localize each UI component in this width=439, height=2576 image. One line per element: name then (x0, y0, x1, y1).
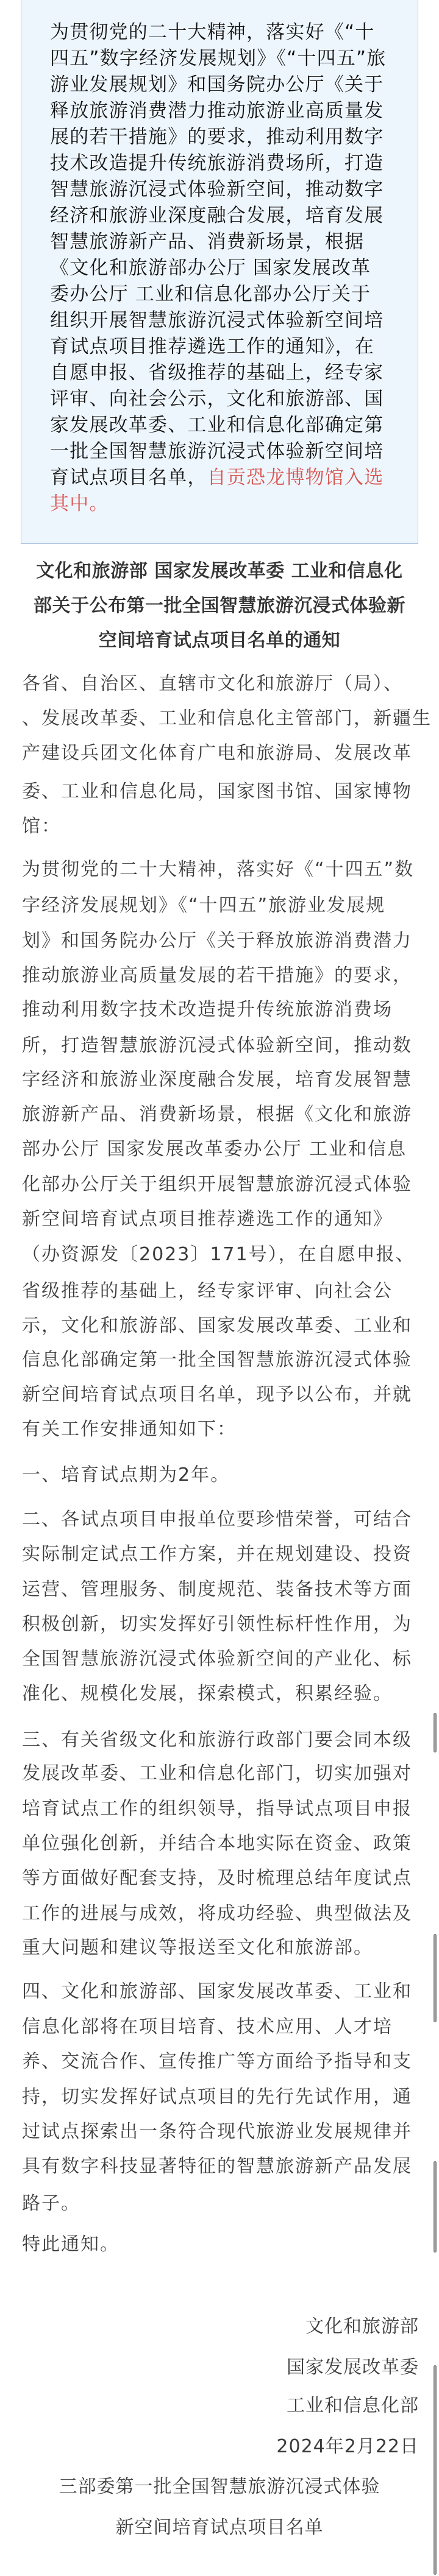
notice-title: 文化和旅游部 国家发展改革委 工业和信息化 部关于公布第一批全国智慧旅游沉浸式体… (0, 554, 439, 658)
body-text-line: 路子。 (22, 2193, 80, 2215)
callout-line: 技术改造提升传统旅游消费场所，打造 (50, 150, 386, 177)
callout-line: 组织开展智慧旅游沉浸式体验新空间培 (50, 308, 386, 334)
scrollbar-thumb[interactable] (434, 1934, 437, 2022)
body-text-line: 工作的进展与成效，将成功经验、典型做法及 (22, 1903, 412, 1925)
body-text-line: 馆： (22, 816, 61, 838)
callout-line: 为贯彻党的二十大精神，落实好《“十 (50, 19, 386, 46)
body-text-line: 养、交流合作、宣传推广等方面给予指导和支 (22, 2051, 412, 2073)
body-text-line: 新空间培育试点项目推荐遴选工作的通知》 (22, 1209, 393, 1230)
callout-line: 智慧旅游新产品、消费新场景，根据 (50, 229, 386, 255)
body-text-line: 推动旅游业高质量发展的若干措施》的要求， (22, 965, 412, 987)
body-text-line: 实际制定试点工作方案，并在规划建设、投资 (22, 1544, 412, 1565)
body-text-line: 划》和国务院办公厅《关于释放旅游消费潜力 (22, 930, 412, 952)
highlighted-museum-text: 自贡恐龙博物馆入选 (207, 467, 384, 489)
body-text-line: 字经济和旅游业深度融合发展，培育发展智慧 (22, 1069, 412, 1091)
highlighted-museum-text-end: 其中。 (50, 491, 386, 517)
body-text-line: 一、培育试点期为2年。 (22, 1464, 230, 1486)
body-text-line: 委、工业和信息化局，国家图书馆、国家博物 (22, 781, 412, 803)
body-text-line: 、发展改革委、工业和信息化主管部门，新疆生 (22, 708, 432, 730)
body-text-line: 信息化部将在项目培育、技术应用、人才培 (22, 2016, 393, 2038)
callout-text: 为贯彻党的二十大精神，落实好《“十 四五”数字经济发展规划》《“十四五”旅 游业… (50, 19, 386, 517)
body-text-line: 培育试点工作的组织领导，指导试点项目申报 (22, 1798, 412, 1820)
callout-line: 游业发展规划》和国务院办公厅《关于 (50, 72, 386, 98)
notice-title-line: 空间培育试点项目名单的通知 (0, 623, 439, 658)
callout-line: 评审、向社会公示，文化和旅游部、国 (50, 386, 386, 412)
body-text-line: 发展改革委、工业和信息化部门，切实加强对 (22, 1763, 412, 1785)
body-text-line: 积极创新，切实发挥好引领性标杆性作用，为 (22, 1614, 412, 1636)
body-text-line: 产建设兵团文化体育广电和旅游局、发展改革 (22, 743, 412, 764)
body-text-line: 部办公厅 国家发展改革委办公厅 工业和信息 (22, 1138, 407, 1160)
body-text-line: 三、有关省级文化和旅游行政部门要会同本级 (22, 1729, 412, 1751)
body-text-line: （办资源发〔2023〕171号），在自愿申报、 (22, 1244, 415, 1266)
callout-line: 育试点项目推荐遴选工作的通知》，在 (50, 334, 386, 360)
callout-line: 展的若干措施》的要求，推动利用数字 (50, 124, 386, 150)
callout-line: 委办公厅 工业和信息化部办公厅关于 (50, 281, 386, 308)
highlight-callout-box: 为贯彻党的二十大精神，落实好《“十 四五”数字经济发展规划》《“十四五”旅 游业… (21, 0, 418, 544)
body-text-line: 为贯彻党的二十大精神，落实好《“十四五”数 (22, 859, 414, 881)
body-text-line: 等方面做好配套支持，及时梳理总结年度试点 (22, 1868, 412, 1890)
signature-line: 文化和旅游部 (305, 2316, 419, 2338)
callout-line: 经济和旅游业深度融合发展，培育发展 (50, 203, 386, 229)
body-text-line: 所，打造智慧旅游沉浸式体验新空间，推动数 (22, 1035, 412, 1057)
callout-plain-text: 育试点项目名单， (50, 467, 207, 489)
body-text-line: 单位强化创新，并结合本地实际在资金、政策 (22, 1833, 412, 1855)
body-text-line: 各省、自治区、直辖市文化和旅游厅（局）、 (22, 673, 403, 695)
scrollbar-thumb[interactable] (434, 2365, 437, 2575)
body-text-line: 运营、管理服务、制度规范、装备技术等方面 (22, 1579, 412, 1601)
body-text-line: 信息化部确定第一批全国智慧旅游沉浸式体验 (22, 1349, 412, 1371)
body-text-line: 字经济发展规划》《“十四五”旅游业发展规 (22, 895, 385, 917)
body-text-line: 旅游新产品、消费新场景，根据《文化和旅游 (22, 1104, 412, 1126)
callout-line: 育试点项目名单，自贡恐龙博物馆入选 (50, 465, 386, 491)
body-text-line: 有关工作安排通知如下： (22, 1419, 237, 1441)
body-text-line: 特此通知。 (22, 2234, 120, 2256)
body-text-line: 省级推荐的基础上，经专家评审、向社会公 (22, 1280, 393, 1302)
callout-line: 家发展改革委、工业和信息化部确定第 (50, 412, 386, 439)
body-text-line: 推动利用数字技术改造提升传统旅游消费场 (22, 999, 393, 1021)
scrollbar-thumb[interactable] (434, 2161, 437, 2253)
signature-line: 工业和信息化部 (287, 2395, 419, 2417)
body-text-line: 四、文化和旅游部、国家发展改革委、工业和 (22, 1981, 412, 2003)
callout-line: 释放旅游消费潜力推动旅游业高质量发 (50, 98, 386, 124)
notice-title-line: 文化和旅游部 国家发展改革委 工业和信息化 (0, 554, 439, 588)
signature-line: 2024年2月22日 (276, 2436, 419, 2458)
callout-line: 自愿申报、省级推荐的基础上，经专家 (50, 360, 386, 386)
body-text-line: 新空间培育试点项目名单，现予以公布，并就 (22, 1384, 412, 1406)
attachment-title-line: 三部委第一批全国智慧旅游沉浸式体验 (0, 2476, 439, 2498)
callout-line: 四五”数字经济发展规划》《“十四五”旅 (50, 46, 386, 72)
body-text-line: 化部办公厅关于组织开展智慧旅游沉浸式体验 (22, 1174, 412, 1196)
body-text-line: 全国智慧旅游沉浸式体验新空间的产业化、标 (22, 1648, 412, 1670)
callout-line: 智慧旅游沉浸式体验新空间，推动数字 (50, 177, 386, 203)
body-text-line: 过试点探索出一条符合现代旅游业发展规律并 (22, 2121, 412, 2143)
scrollbar-thumb[interactable] (434, 1713, 437, 1752)
callout-line: 一批全国智慧旅游沉浸式体验新空间培 (50, 439, 386, 465)
body-text-line: 重大问题和建议等报送至文化和旅游部。 (22, 1937, 373, 1959)
body-text-line: 准化、规模化发展，探索模式，积累经验。 (22, 1683, 393, 1705)
body-text-line: 持，切实发挥好试点项目的先行先试作用，通 (22, 2086, 412, 2108)
callout-line: 《文化和旅游部办公厅 国家发展改革 (50, 255, 386, 281)
notice-title-line: 部关于公布第一批全国智慧旅游沉浸式体验新 (0, 588, 439, 623)
signature-line: 国家发展改革委 (287, 2357, 419, 2379)
body-text-line: 具有数字科技显著特征的智慧旅游新产品发展 (22, 2156, 412, 2178)
attachment-title-line: 新空间培育试点项目名单 (0, 2517, 439, 2539)
body-text-line: 示，文化和旅游部、国家发展改革委、工业和 (22, 1315, 412, 1337)
body-text-line: 二、各试点项目申报单位要珍惜荣誉，可结合 (22, 1509, 412, 1531)
